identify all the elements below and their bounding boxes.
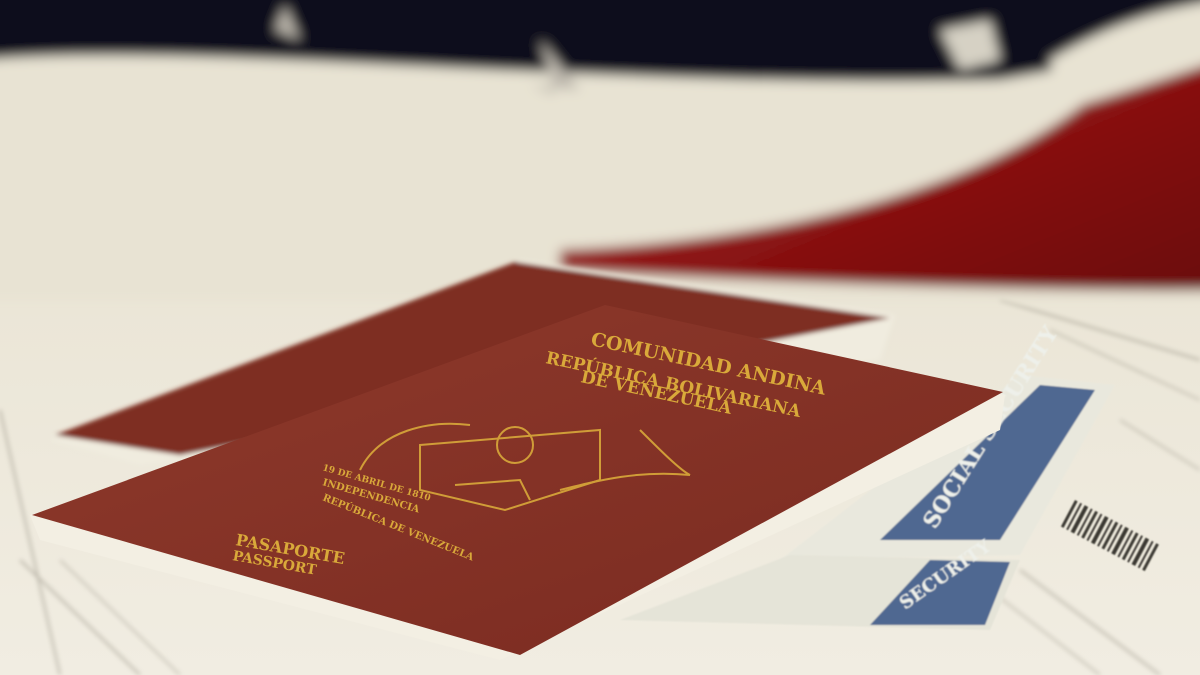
american-flag bbox=[0, 0, 1200, 300]
photo-illustration: SOCIAL SECURITY SECURITY COMUNIDAD ANDIN… bbox=[0, 0, 1200, 675]
photo-scene: SOCIAL SECURITY SECURITY COMUNIDAD ANDIN… bbox=[0, 0, 1200, 675]
